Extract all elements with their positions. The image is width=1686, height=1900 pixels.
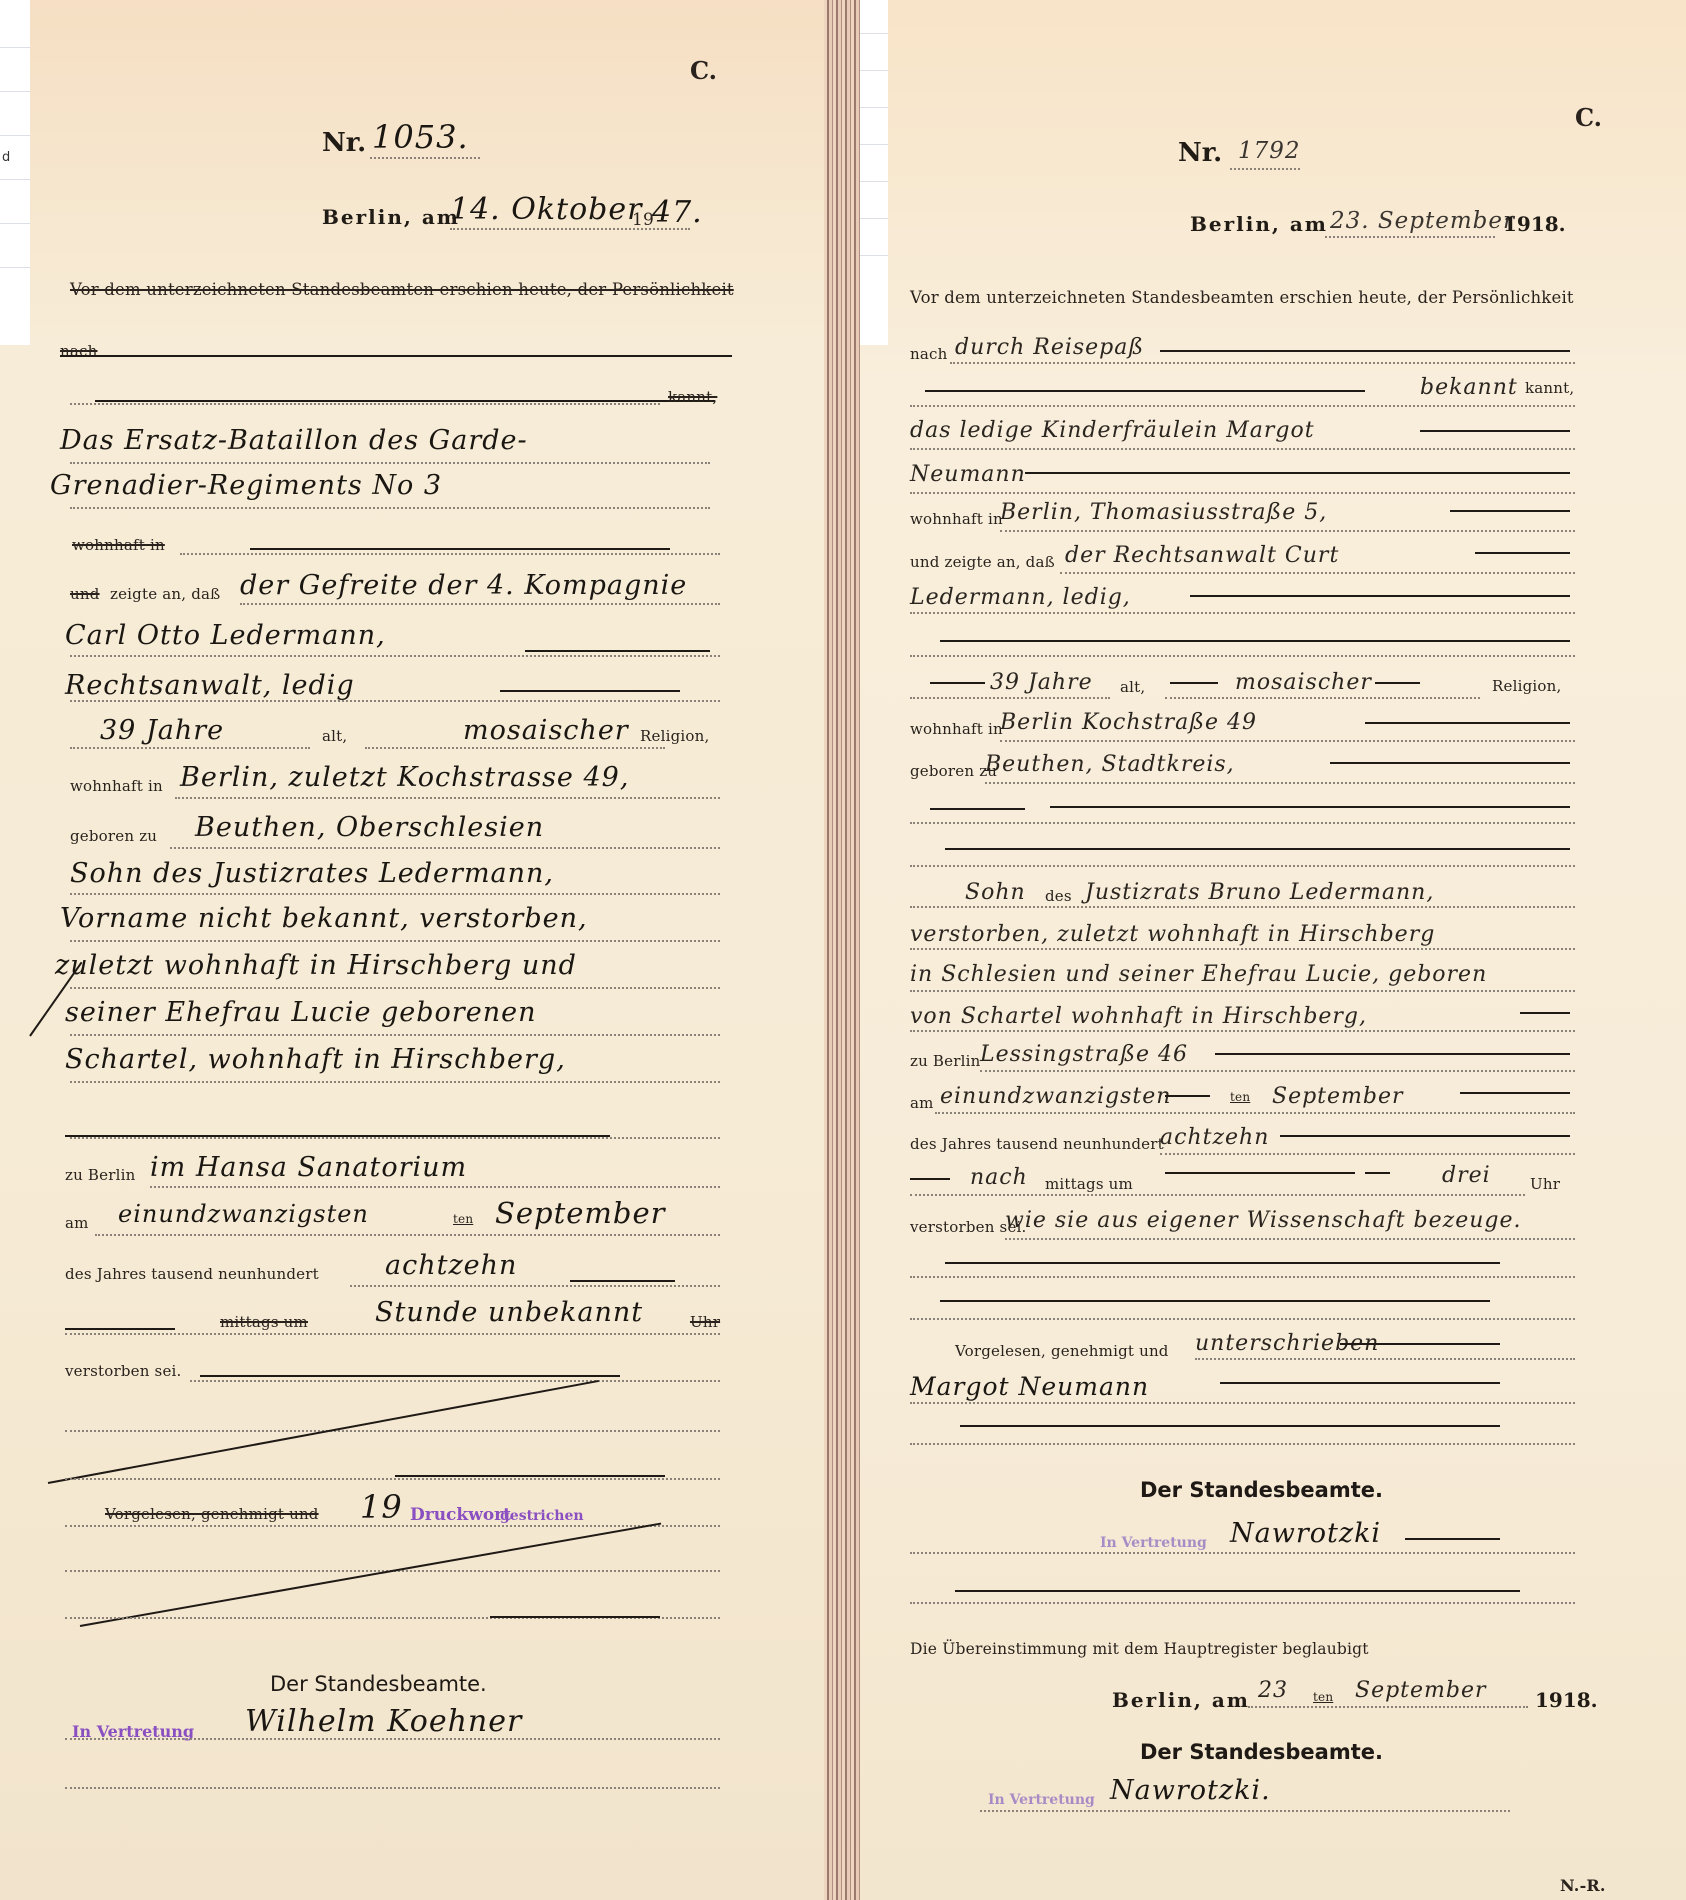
- left-deceased-line2: Carl Otto Ledermann,: [65, 620, 386, 651]
- left-zu-berlin-value: im Hansa Sanatorium: [150, 1152, 467, 1183]
- right-cert-ten: ten: [1313, 1690, 1333, 1704]
- right-footer-mark: N.-R.: [1560, 1876, 1606, 1895]
- filler-rule: [1165, 1172, 1355, 1174]
- filler-rule: [1460, 1092, 1570, 1094]
- dotted-line: [175, 797, 720, 799]
- side-panel-row[interactable]: d: [0, 136, 30, 180]
- dotted-line: [910, 1443, 1575, 1445]
- left-age-value: 39 Jahre: [100, 715, 224, 746]
- right-vertretung-stamp: In Vertretung: [1100, 1535, 1207, 1551]
- filler-rule: [525, 650, 710, 652]
- side-panel-row[interactable]: [0, 0, 30, 48]
- dotted-line: [65, 1787, 720, 1789]
- left-month-value: September: [495, 1196, 666, 1230]
- filler-rule: [1365, 722, 1570, 724]
- left-deceased-line3: Rechtsanwalt, ledig: [65, 670, 355, 701]
- dotted-line: [180, 553, 720, 555]
- dotted-line: [70, 1081, 720, 1083]
- dotted-line: [1005, 1238, 1575, 1240]
- dotted-line: [170, 847, 720, 849]
- dotted-line: [70, 507, 710, 509]
- dotted-line: [910, 612, 1575, 614]
- filler-rule: [1405, 1538, 1500, 1540]
- filler-rule: [960, 1425, 1500, 1427]
- dotted-line: [65, 1430, 720, 1432]
- dotted-line: [910, 1030, 1575, 1032]
- side-panel-row[interactable]: [860, 34, 888, 71]
- left-side-panel: d: [0, 0, 30, 345]
- right-parents-line2: verstorben, zuletzt wohnhaft in Hirschbe…: [910, 922, 1435, 947]
- left-am-label: am: [65, 1214, 89, 1232]
- dotted-line: [70, 1034, 720, 1036]
- right-age-value: 39 Jahre: [990, 670, 1093, 695]
- filler-rule: [1190, 595, 1570, 597]
- right-des-label: des: [1045, 887, 1072, 905]
- side-panel-row[interactable]: [0, 180, 30, 224]
- dotted-line: [1230, 168, 1300, 170]
- dotted-line: [910, 697, 1110, 699]
- right-wohnhaft-value: Berlin, Thomasiusstraße 5,: [1000, 500, 1327, 525]
- right-register-page: C. Nr. 1792 Berlin, am 23. September 191…: [860, 0, 1686, 1900]
- right-official-title: Der Standesbeamte.: [1140, 1478, 1383, 1502]
- dotted-line: [70, 700, 720, 702]
- left-parents-line4: seiner Ehefrau Lucie geborenen: [65, 997, 536, 1028]
- right-cert-signature: Nawrotzki.: [1110, 1775, 1271, 1806]
- dotted-line: [910, 948, 1575, 950]
- dotted-line: [1248, 1706, 1528, 1708]
- right-zeigte-label: und zeigte an, daß: [910, 553, 1055, 571]
- left-deceased-line1: der Gefreite der 4. Kompagnie: [240, 570, 687, 601]
- filler-rule: [1165, 1095, 1210, 1097]
- left-zeigte-label: zeigte an, daß: [110, 585, 220, 603]
- dotted-line: [70, 655, 720, 657]
- right-am-label: am: [910, 1094, 934, 1112]
- filler-rule: [1025, 472, 1570, 474]
- left-jahres-value: achtzehn: [385, 1250, 517, 1281]
- filler-rule: [930, 808, 1025, 810]
- dotted-line: [910, 1318, 1575, 1320]
- right-date-label: Berlin, am: [1190, 212, 1328, 236]
- dotted-line: [65, 1478, 720, 1480]
- side-panel-row[interactable]: [860, 0, 888, 34]
- dotted-line: [950, 362, 1575, 364]
- dotted-line: [910, 1194, 1525, 1196]
- filler-rule: [945, 848, 1570, 850]
- side-panel-row[interactable]: [0, 224, 30, 268]
- left-correction-stamp-2: gestrichen: [500, 1508, 584, 1524]
- right-year-value: 1918.: [1503, 212, 1566, 236]
- right-wohnhaft2-label: wohnhaft in: [910, 720, 1003, 738]
- dotted-line: [910, 1276, 1575, 1278]
- right-side-panel: [860, 0, 888, 345]
- left-date-value: 14. Oktober: [450, 192, 642, 227]
- dotted-line: [910, 492, 1575, 494]
- right-parents-line4: von Schartel wohnhaft in Hirschberg,: [910, 1004, 1367, 1029]
- left-am-value: einundzwanzigsten: [118, 1200, 369, 1228]
- right-section-letter: C.: [1575, 103, 1602, 132]
- filler-rule: [490, 1616, 660, 1618]
- left-kannt-dots: [70, 403, 660, 405]
- left-wohnhaft-value: Berlin, zuletzt Kochstrasse 49,: [180, 762, 629, 793]
- filler-rule: [940, 640, 1570, 642]
- dotted-line: [935, 1112, 1575, 1114]
- filler-rule: [910, 1178, 950, 1180]
- right-cert-year: 1918.: [1535, 1688, 1598, 1712]
- dotted-line: [240, 603, 720, 605]
- filler-rule: [930, 682, 985, 684]
- left-intro-struck: Vor dem unterzeichneten Standesbeamten e…: [70, 280, 734, 299]
- right-wohnhaft-label: wohnhaft in: [910, 510, 1003, 528]
- right-verstorben-value: wie sie aus eigener Wissenschaft bezeuge…: [1005, 1208, 1522, 1233]
- left-wohnhaft-label: wohnhaft in: [70, 777, 163, 795]
- right-geboren-value: Beuthen, Stadtkreis,: [985, 752, 1235, 777]
- right-zu-berlin-value: Lessingstraße 46: [980, 1042, 1188, 1067]
- left-geboren-label: geboren zu: [70, 827, 157, 845]
- dotted-line: [95, 1234, 720, 1236]
- right-parents-line3: in Schlesien und seiner Ehefrau Lucie, g…: [910, 962, 1487, 987]
- left-year-suffix: 47.: [652, 195, 703, 230]
- side-panel-row[interactable]: [0, 92, 30, 136]
- right-official-signature: Nawrotzki: [1230, 1518, 1381, 1549]
- left-informant-line1: Das Ersatz-Bataillon des Garde-: [60, 425, 528, 456]
- right-intro: Vor dem unterzeichneten Standesbeamten e…: [910, 288, 1574, 307]
- right-time-value: drei: [1442, 1163, 1491, 1188]
- left-nr-underline: [370, 157, 480, 159]
- left-official-title: Der Standesbeamte.: [270, 1672, 487, 1696]
- right-kannt-label: kannt,: [1525, 379, 1574, 397]
- left-wohnhaft-struck: wohnhaft in: [72, 536, 165, 554]
- right-sohn-value: Sohn: [965, 880, 1026, 905]
- dotted-line: [910, 990, 1575, 992]
- left-parents-line3: zuletzt wohnhaft in Hirschberg und: [55, 950, 577, 981]
- left-date-underline: [450, 228, 690, 230]
- right-parents-line1: Justizrats Bruno Ledermann,: [1085, 880, 1434, 905]
- right-nach-value: durch Reisepaß: [955, 335, 1144, 360]
- right-informant-signature: Margot Neumann: [910, 1372, 1149, 1401]
- side-panel-row[interactable]: [0, 268, 30, 312]
- right-date-value: 23. September: [1330, 208, 1515, 234]
- left-informant-line2: Grenadier-Regiments No 3: [50, 470, 442, 501]
- right-informant-line2: Neumann: [910, 462, 1026, 487]
- right-cert-date-label: Berlin, am: [1112, 1688, 1250, 1712]
- filler-rule: [945, 1262, 1500, 1264]
- dotted-line: [70, 987, 720, 989]
- filler-rule: [1160, 350, 1570, 352]
- filler-rule: [1220, 1382, 1500, 1384]
- left-correction-count: 19: [360, 1488, 403, 1526]
- dotted-line: [910, 1402, 1575, 1404]
- dotted-line: [1000, 530, 1575, 532]
- side-panel-row[interactable]: [860, 145, 888, 182]
- left-parents-line2: Vorname nicht bekannt, verstorben,: [60, 903, 588, 934]
- dotted-line: [985, 782, 1575, 784]
- right-religion-label: Religion,: [1492, 677, 1561, 695]
- left-parents-line5: Schartel, wohnhaft in Hirschberg,: [65, 1044, 566, 1075]
- right-deceased-line1: der Rechtsanwalt Curt: [1065, 543, 1339, 568]
- filler-rule: [1280, 1135, 1570, 1137]
- dotted-line: [70, 893, 720, 895]
- right-month-value: September: [1272, 1084, 1404, 1109]
- dotted-line: [910, 405, 1575, 407]
- left-verstorben-label: verstorben sei.: [65, 1362, 182, 1380]
- dotted-line: [350, 1285, 720, 1287]
- left-religion-value: mosaischer: [463, 715, 629, 746]
- filler-rule: [1340, 1343, 1500, 1345]
- left-nach-struck: nach: [60, 342, 97, 360]
- dotted-line: [1160, 1153, 1575, 1155]
- left-kannt-struck: kannt,: [668, 388, 717, 406]
- dotted-line: [910, 1602, 1575, 1604]
- right-cert-month: September: [1355, 1678, 1487, 1703]
- right-uhr-label: Uhr: [1530, 1175, 1560, 1193]
- right-jahres-value: achtzehn: [1160, 1125, 1269, 1150]
- dotted-line: [70, 1137, 720, 1139]
- left-correction-stamp: Druckwort: [410, 1505, 511, 1525]
- dotted-line: [1195, 1358, 1575, 1360]
- dotted-line: [1000, 740, 1575, 742]
- dotted-line: [910, 655, 1575, 657]
- left-date-label: Berlin, am: [322, 205, 460, 229]
- left-kannt-strike-rule: [95, 400, 715, 402]
- dotted-line: [70, 940, 720, 942]
- filler-rule: [940, 1300, 1490, 1302]
- right-nr-label: Nr.: [1178, 138, 1222, 168]
- left-und-struck: und: [70, 585, 100, 603]
- filler-rule: [1365, 1172, 1390, 1174]
- filler-rule: [925, 390, 1365, 392]
- dotted-line: [190, 1380, 720, 1382]
- right-informant-line1: das ledige Kinderfräulein Margot: [910, 418, 1315, 443]
- dotted-line: [910, 1552, 1575, 1554]
- left-register-page: C. Nr. 1053. Berlin, am 14. Oktober 19 4…: [0, 0, 824, 1900]
- left-time-value: Stunde unbekannt: [375, 1297, 643, 1328]
- filler-rule: [200, 1375, 620, 1377]
- left-jahres-label: des Jahres tausend neunhundert: [65, 1265, 319, 1283]
- filler-rule: [1170, 682, 1218, 684]
- left-ten-label: ten: [453, 1212, 473, 1226]
- left-zu-berlin-label: zu Berlin: [65, 1166, 135, 1184]
- dotted-line: [980, 1810, 1510, 1812]
- right-cert-day: 23: [1258, 1678, 1288, 1703]
- left-nr-value: 1053.: [372, 118, 469, 156]
- left-wohnhaft-strike-rule: [250, 548, 670, 550]
- left-parents-line1: Sohn des Justizrates Ledermann,: [70, 858, 554, 889]
- side-panel-row[interactable]: [860, 71, 888, 108]
- left-vorgelesen-struck: Vorgelesen, genehmigt und: [105, 1505, 319, 1523]
- right-certification: Die Übereinstimmung mit dem Hauptregiste…: [910, 1640, 1369, 1658]
- right-jahres-label: des Jahres tausend neunhundert: [910, 1135, 1164, 1153]
- dotted-line: [70, 747, 310, 749]
- left-void-slash-2: [80, 1523, 661, 1627]
- filler-rule: [1520, 1012, 1570, 1014]
- right-nr-value: 1792: [1238, 138, 1301, 164]
- right-cert-title: Der Standesbeamte.: [1140, 1740, 1383, 1764]
- right-deceased-line2: Ledermann, ledig,: [910, 585, 1131, 610]
- right-cert-stamp: In Vertretung: [988, 1792, 1095, 1808]
- dotted-line: [365, 747, 665, 749]
- left-uhr-struck: Uhr: [690, 1313, 720, 1331]
- left-nach-strike-rule: [60, 355, 732, 357]
- dotted-line: [150, 1186, 720, 1188]
- right-mittags-label: mittags um: [1045, 1175, 1133, 1193]
- dotted-line: [65, 1525, 720, 1527]
- filler-rule: [65, 1328, 175, 1330]
- right-nach-mittag-value: nach: [970, 1165, 1028, 1190]
- book-spine: [824, 0, 860, 1900]
- dotted-line: [65, 1333, 720, 1335]
- side-panel-row[interactable]: [860, 219, 888, 256]
- dotted-line: [910, 448, 1575, 450]
- filler-rule: [1450, 510, 1570, 512]
- dotted-line: [980, 1070, 1575, 1072]
- right-zu-berlin-label: zu Berlin: [910, 1052, 980, 1070]
- filler-rule: [500, 690, 680, 692]
- dotted-line: [910, 822, 1575, 824]
- left-year-prefix: 19: [632, 210, 654, 230]
- right-nach-label: nach: [910, 345, 947, 363]
- right-alt-label: alt,: [1120, 678, 1145, 696]
- left-religion-label: Religion,: [640, 727, 709, 745]
- filler-rule: [1475, 552, 1570, 554]
- right-vorgelesen-label: Vorgelesen, genehmigt und: [955, 1342, 1169, 1360]
- side-panel-row[interactable]: [860, 108, 888, 145]
- right-am-value: einundzwanzigsten: [940, 1084, 1171, 1109]
- dotted-line: [65, 1738, 720, 1740]
- left-mittags-struck: mittags um: [220, 1313, 308, 1331]
- filler-rule: [1215, 1053, 1570, 1055]
- side-panel-row[interactable]: [0, 48, 30, 92]
- left-alt-label: alt,: [322, 727, 347, 745]
- left-nr-label: Nr.: [322, 128, 366, 158]
- filler-rule: [955, 1590, 1520, 1592]
- left-geboren-value: Beuthen, Oberschlesien: [195, 812, 544, 843]
- filler-rule: [1330, 762, 1570, 764]
- dotted-line: [1325, 236, 1495, 238]
- right-wohnhaft2-value: Berlin Kochstraße 49: [1000, 710, 1257, 735]
- dotted-line: [910, 906, 1575, 908]
- filler-rule: [1420, 430, 1570, 432]
- right-ten-label: ten: [1230, 1090, 1250, 1104]
- side-panel-row[interactable]: [860, 182, 888, 219]
- dotted-line: [1060, 572, 1575, 574]
- dotted-line: [1165, 697, 1480, 699]
- filler-rule: [1050, 806, 1570, 808]
- left-section-letter: C.: [690, 56, 717, 85]
- dotted-line: [70, 462, 710, 464]
- right-religion-value: mosaischer: [1235, 670, 1372, 695]
- left-signature: Wilhelm Koehner: [245, 1704, 522, 1739]
- filler-rule: [1375, 682, 1420, 684]
- right-bekannt-value: bekannt: [1420, 375, 1518, 400]
- dotted-line: [910, 865, 1575, 867]
- filler-rule: [395, 1475, 665, 1477]
- filler-rule: [570, 1280, 675, 1282]
